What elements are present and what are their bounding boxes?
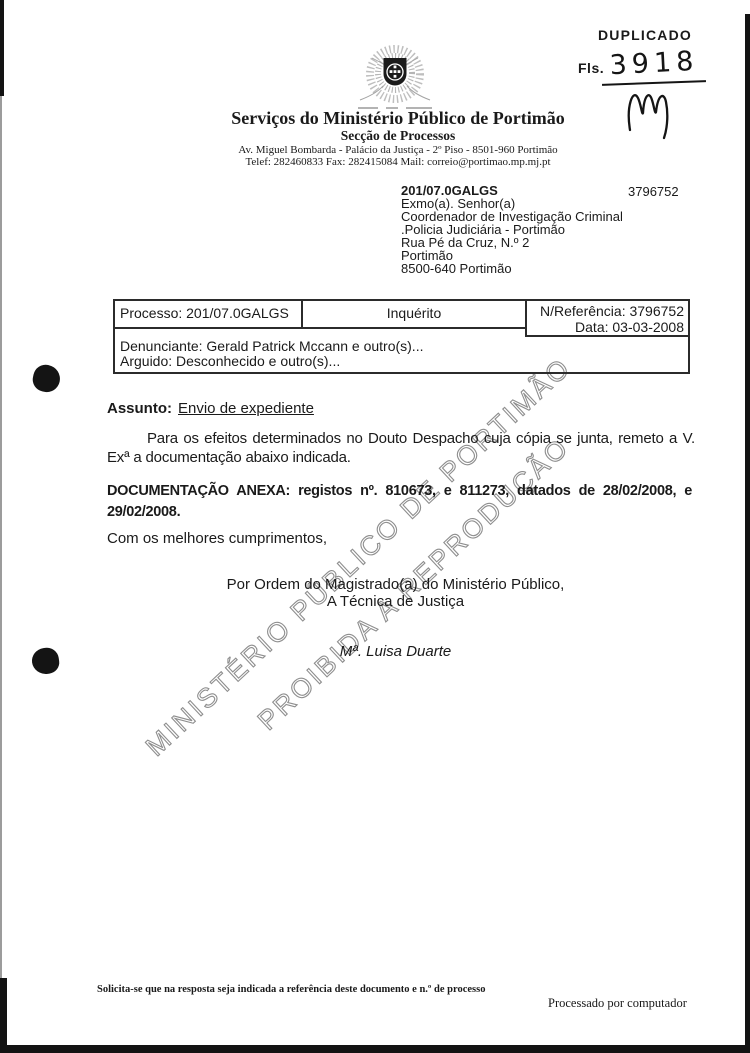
subject-line: Assunto:Envio de expediente bbox=[107, 400, 314, 417]
scanned-document-page: MINISTÉRIO PÚBLICO DE PORTIMÃO PROIBIDA … bbox=[0, 0, 750, 1053]
referencia-value: N/Referência: 3796752 bbox=[527, 304, 684, 320]
table-cell-referencia: N/Referência: 3796752 Data: 03-03-2008 bbox=[525, 301, 688, 337]
organization-address: Av. Miguel Bombarda - Palácio da Justiça… bbox=[45, 144, 750, 156]
closing-salutation: Com os melhores cumprimentos, bbox=[107, 530, 327, 547]
processed-by-computer-note: Processado por computador bbox=[548, 996, 687, 1011]
table-cell-processo: Processo: 201/07.0GALGS bbox=[115, 301, 303, 329]
subject-label: Assunto: bbox=[107, 400, 172, 417]
recipient-address-block: 201/07.0GALGS Exmo(a). Senhor(a) Coorden… bbox=[401, 184, 623, 275]
fls-label: Fls. bbox=[578, 60, 604, 76]
por-ordem-line: Por Ordem do Magistrado(a) do Ministério… bbox=[107, 577, 684, 594]
denunciante-line: Denunciante: Gerald Patrick Mccann e out… bbox=[120, 339, 688, 354]
scan-edge-right bbox=[745, 14, 750, 1053]
data-value: Data: 03-03-2008 bbox=[527, 320, 684, 336]
signature-authority-block: Por Ordem do Magistrado(a) do Ministério… bbox=[107, 577, 684, 610]
portugal-coat-of-arms-icon bbox=[352, 44, 440, 114]
table-row: Processo: 201/07.0GALGS Inquérito N/Refe… bbox=[115, 301, 688, 337]
reference-number: 3796752 bbox=[628, 184, 679, 199]
organization-section: Secção de Processos bbox=[45, 128, 750, 144]
duplicado-stamp: DUPLICADO bbox=[598, 27, 692, 43]
fls-handwritten-number: 3918 bbox=[603, 45, 704, 81]
recipient-line: 8500-640 Portimão bbox=[401, 262, 623, 275]
body-paragraph: Para os efeitos determinados no Douto De… bbox=[107, 429, 695, 467]
signature-name: Mª. Luisa Duarte bbox=[107, 643, 684, 660]
subject-value: Envio de expediente bbox=[178, 400, 314, 417]
footer-note: Solicita-se que na resposta seja indicad… bbox=[97, 984, 485, 995]
organization-contacts: Telef: 282460833 Fax: 282415084 Mail: co… bbox=[45, 156, 750, 168]
scan-edge-left-top bbox=[0, 0, 4, 96]
scan-edge-bottom bbox=[0, 1045, 750, 1053]
case-info-table: Processo: 201/07.0GALGS Inquérito N/Refe… bbox=[113, 299, 690, 374]
scan-edge-left-line bbox=[0, 0, 2, 1053]
scan-edge-left-bottom bbox=[0, 978, 7, 1053]
hole-punch-mark bbox=[30, 362, 62, 394]
table-cell-tipo: Inquérito bbox=[303, 301, 525, 329]
arguido-line: Arguido: Desconhecido e outro(s)... bbox=[120, 354, 688, 369]
tecnica-line: A Técnica de Justiça bbox=[107, 594, 684, 611]
table-row: Denunciante: Gerald Patrick Mccann e out… bbox=[115, 337, 688, 372]
hole-punch-mark bbox=[30, 646, 60, 676]
organization-name: Serviços do Ministério Público de Portim… bbox=[45, 108, 750, 129]
attached-documentation-line: DOCUMENTAÇÃO ANEXA: registos nº. 810673,… bbox=[107, 481, 692, 523]
